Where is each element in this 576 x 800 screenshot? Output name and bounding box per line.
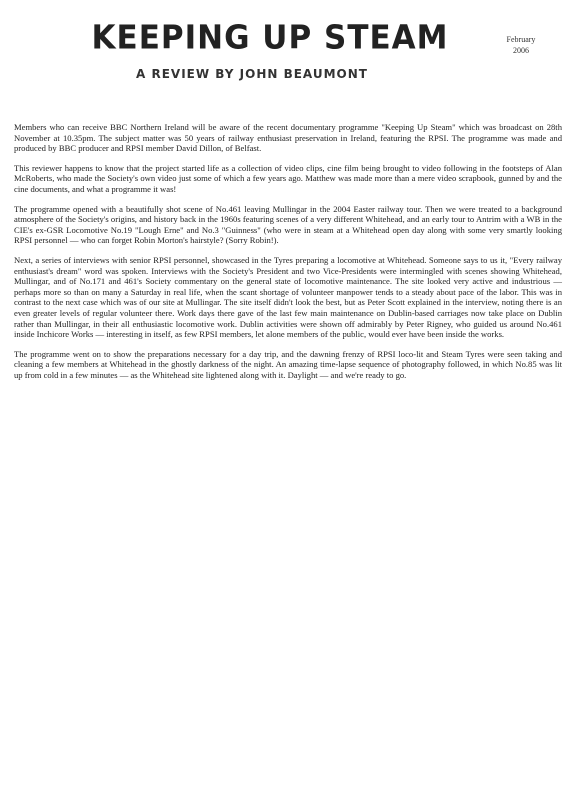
document-page: KEEPING UP STEAM February 2006 A REVIEW … xyxy=(0,0,576,800)
paragraph: Members who can receive BBC Northern Ire… xyxy=(14,122,562,154)
issue-year: 2006 xyxy=(488,45,554,56)
article-byline: A REVIEW BY JOHN BEAUMONT xyxy=(112,67,392,81)
issue-month: February xyxy=(488,34,554,45)
paragraph: This reviewer happens to know that the p… xyxy=(14,163,562,195)
paragraph: The programme went on to show the prepar… xyxy=(14,349,562,381)
paragraph: Next, a series of interviews with senior… xyxy=(14,255,562,340)
article-body: Members who can receive BBC Northern Ire… xyxy=(14,122,562,389)
issue-date: February 2006 xyxy=(488,34,554,56)
paragraph: The programme opened with a beautifully … xyxy=(14,204,562,246)
article-title: KEEPING UP STEAM xyxy=(90,19,450,57)
